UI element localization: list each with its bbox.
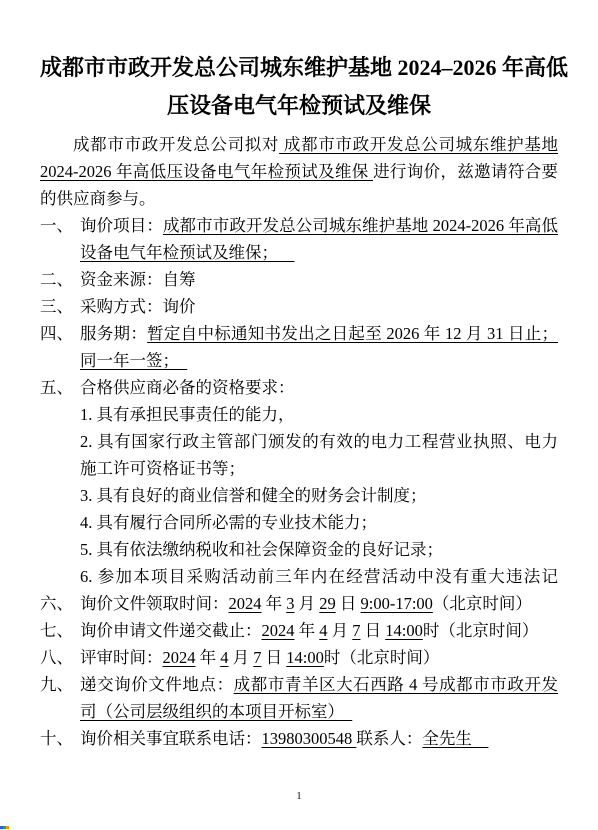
- item-review-time: 八、评审时间：2024 年 4 月 7 日 14:00时（北京时间）: [40, 644, 558, 671]
- document-body: 成都市市政开发总公司拟对 成都市市政开发总公司城东维护基地2024-2026 年…: [40, 131, 558, 752]
- underlined-text: 14:00: [286, 648, 324, 667]
- text-run: 时（北京时间）: [423, 621, 539, 640]
- item-content: 采购方式：询价: [80, 293, 558, 320]
- text-line: 同一年一签；: [80, 347, 558, 374]
- document-content: 成都市市政开发总公司城东维护基地 2024–2026 年高低 压设备电气年检预试…: [0, 0, 598, 752]
- item-funding-source: 二、资金来源：自筹: [40, 266, 558, 293]
- document-title-line-2: 压设备电气年检预试及维保: [40, 87, 558, 125]
- text-line: 询价申请文件递交截止：2024 年 4 月 7 日 14:00时（北京时间）: [80, 617, 558, 644]
- text-run: 2. 具有国家行政主管部门颁发的有效的电力工程营业执照、电力: [80, 432, 558, 451]
- text-line: 评审时间：2024 年 4 月 7 日 14:00时（北京时间）: [80, 644, 558, 671]
- underlined-text: 7: [352, 621, 360, 640]
- item-inquiry-project: 一、询价项目：成都市市政开发总公司城东维护基地 2024-2026 年高低压设备…: [40, 212, 558, 266]
- item-supplier-qualifications: 五、合格供应商必备的资格要求：: [40, 374, 558, 401]
- text-line: 询价相关事宜联系电话：13980300548 联系人：全先生: [80, 725, 558, 752]
- underlined-text: 全先生: [422, 729, 488, 748]
- underlined-text: 同一年一签；: [80, 351, 187, 370]
- text-run: 6. 参加本项目采购活动前三年内在经营活动中没有重大违法记录。: [80, 567, 558, 590]
- qualification-5: 5. 具有依法缴纳税收和社会保障资金的良好记录；: [40, 536, 558, 563]
- text-line: 5. 具有依法缴纳税收和社会保障资金的良好记录；: [80, 536, 558, 563]
- item-number-label: 十、: [40, 725, 80, 752]
- text-line: 询价项目：成都市市政开发总公司城东维护基地 2024-2026 年高低压: [80, 212, 558, 239]
- text-line: 合格供应商必备的资格要求：: [80, 374, 558, 401]
- text-line: 服务期：暂定自中标通知书发出之日起至 2026 年 12 月 31 日止；合: [80, 320, 558, 347]
- text-line: 1. 具有承担民事责任的能力，: [80, 401, 558, 428]
- text-line: 设备电气年检预试及维保；: [80, 239, 558, 266]
- text-line: 3. 具有良好的商业信誉和健全的财务会计制度；: [80, 482, 558, 509]
- document-title-line-1: 成都市市政开发总公司城东维护基地 2024–2026 年高低: [40, 49, 558, 87]
- text-run: 施工许可资格证书等；: [80, 459, 245, 478]
- item-number-label: 四、: [40, 320, 80, 374]
- item-content: 询价文件领取时间：2024 年 3 月 29 日 9:00-17:00（北京时间…: [80, 590, 558, 617]
- item-number-label: 一、: [40, 212, 80, 266]
- underlined-text: 29: [319, 594, 336, 613]
- text-run: 月: [328, 621, 353, 640]
- text-line: 采购方式：询价: [80, 293, 558, 320]
- text-line: 司（公司层级组织的本项目开标室）: [80, 698, 558, 725]
- text-run: 合格供应商必备的资格要求：: [80, 378, 295, 397]
- qualification-1: 1. 具有承担民事责任的能力，: [40, 401, 558, 428]
- text-run: 日: [336, 594, 361, 613]
- text-run: 服务期：: [80, 324, 147, 343]
- text-run: 1. 具有承担民事责任的能力，: [80, 405, 295, 424]
- item-submission-deadline: 七、询价申请文件递交截止：2024 年 4 月 7 日 14:00时（北京时间）: [40, 617, 558, 644]
- item-document-collection-time: 六、询价文件领取时间：2024 年 3 月 29 日 9:00-17:00（北京…: [40, 590, 558, 617]
- underlined-text: 14:00: [385, 621, 423, 640]
- text-run: 评审时间：: [80, 648, 163, 667]
- underlined-text: 7: [253, 648, 261, 667]
- item-content: 资金来源：自筹: [80, 266, 558, 293]
- text-run: 递交询价文件地点：: [80, 675, 234, 694]
- underlined-text: 4: [319, 621, 327, 640]
- text-line: 资金来源：自筹: [80, 266, 558, 293]
- text-line: 2024-2026 年高低压设备电气年检预试及维保 进行询价，兹邀请符合要求: [40, 158, 558, 185]
- item-number-label: 五、: [40, 374, 80, 401]
- item-content: 询价申请文件递交截止：2024 年 4 月 7 日 14:00时（北京时间）: [80, 617, 558, 644]
- text-line: 4. 具有履行合同所必需的专业技术能力；: [80, 509, 558, 536]
- item-procurement-method: 三、采购方式：询价: [40, 293, 558, 320]
- text-line: 成都市市政开发总公司拟对 成都市市政开发总公司城东维护基地: [40, 131, 558, 158]
- text-run: 4. 具有履行合同所必需的专业技术能力；: [80, 513, 377, 532]
- item-content: 递交询价文件地点：成都市青羊区大石西路 4 号成都市市政开发总公司（公司层级组织…: [80, 671, 558, 725]
- text-run: 询价文件领取时间：: [80, 594, 229, 613]
- item-content: 合格供应商必备的资格要求：: [80, 374, 558, 401]
- text-run: 时（北京时间）: [324, 648, 440, 667]
- underlined-text: 3: [286, 594, 294, 613]
- screen-artifact: [0, 826, 9, 829]
- intro-paragraph: 成都市市政开发总公司拟对 成都市市政开发总公司城东维护基地2024-2026 年…: [40, 131, 558, 212]
- underlined-text: 司（公司层级组织的本项目开标室）: [80, 702, 352, 721]
- underlined-text: 4: [220, 648, 228, 667]
- document-page: 成都市市政开发总公司城东维护基地 2024–2026 年高低 压设备电气年检预试…: [0, 0, 598, 830]
- item-number-label: 三、: [40, 293, 80, 320]
- text-run: 5. 具有依法缴纳税收和社会保障资金的良好记录；: [80, 540, 443, 559]
- underlined-text: 13980300548: [262, 729, 357, 748]
- qualification-2: 2. 具有国家行政主管部门颁发的有效的电力工程营业执照、电力施工许可资格证书等；: [40, 428, 558, 482]
- text-run: （北京时间）: [433, 594, 532, 613]
- text-run: 年: [295, 621, 320, 640]
- text-line: 询价文件领取时间：2024 年 3 月 29 日 9:00-17:00（北京时间…: [80, 590, 558, 617]
- underlined-text: 2024: [262, 621, 295, 640]
- qualification-4: 4. 具有履行合同所必需的专业技术能力；: [40, 509, 558, 536]
- text-run: 月: [229, 648, 254, 667]
- underlined-text: 2024-2026 年高低压设备电气年检预试及维保: [40, 162, 373, 181]
- text-run: 采购方式：询价: [80, 297, 196, 316]
- item-service-period: 四、服务期：暂定自中标通知书发出之日起至 2026 年 12 月 31 日止；合…: [40, 320, 558, 374]
- item-number-label: 九、: [40, 671, 80, 725]
- page-number: 1: [0, 792, 598, 802]
- item-contact-info: 十、询价相关事宜联系电话：13980300548 联系人：全先生: [40, 725, 558, 752]
- item-number-label: 八、: [40, 644, 80, 671]
- artifact-pixel: [6, 826, 9, 829]
- text-line: 的供应商参与。: [40, 185, 558, 212]
- qualification-3: 3. 具有良好的商业信誉和健全的财务会计制度；: [40, 482, 558, 509]
- item-submission-location: 九、递交询价文件地点：成都市青羊区大石西路 4 号成都市市政开发总公司（公司层级…: [40, 671, 558, 725]
- item-content: 询价相关事宜联系电话：13980300548 联系人：全先生: [80, 725, 558, 752]
- text-run: 联系人：: [356, 729, 422, 748]
- text-line: 施工许可资格证书等；: [80, 455, 558, 482]
- item-number-label: 七、: [40, 617, 80, 644]
- item-number-label: 二、: [40, 266, 80, 293]
- qualification-6: 6. 参加本项目采购活动前三年内在经营活动中没有重大违法记录。: [40, 563, 558, 590]
- text-run: 成都市市政开发总公司拟对: [73, 135, 279, 154]
- text-run: 的供应商参与。: [40, 189, 156, 208]
- document-title: 成都市市政开发总公司城东维护基地 2024–2026 年高低 压设备电气年检预试…: [40, 49, 558, 125]
- item-content: 评审时间：2024 年 4 月 7 日 14:00时（北京时间）: [80, 644, 558, 671]
- text-line: 递交询价文件地点：成都市青羊区大石西路 4 号成都市市政开发总公: [80, 671, 558, 698]
- text-run: 年: [262, 594, 287, 613]
- underlined-text: 2024: [229, 594, 262, 613]
- text-run: 资金来源：自筹: [80, 270, 196, 289]
- text-run: 询价申请文件递交截止：: [80, 621, 262, 640]
- item-number-label: 六、: [40, 590, 80, 617]
- item-content: 服务期：暂定自中标通知书发出之日起至 2026 年 12 月 31 日止；合同一…: [80, 320, 558, 374]
- underlined-text: 成都市市政开发总公司城东维护基地: [279, 135, 558, 154]
- underlined-text: 9:00-17:00: [361, 594, 433, 613]
- text-run: 日: [262, 648, 287, 667]
- text-run: 询价项目：: [80, 216, 163, 235]
- underlined-text: 设备电气年检预试及维保；: [80, 243, 295, 262]
- underlined-text: 暂定自中标通知书发出之日起至 2026 年 12 月 31 日止；合: [80, 324, 558, 347]
- text-run: 年: [196, 648, 221, 667]
- text-run: 3. 具有良好的商业信誉和健全的财务会计制度；: [80, 486, 427, 505]
- text-run: 月: [295, 594, 320, 613]
- text-run: 日: [361, 621, 386, 640]
- underlined-text: 2024: [163, 648, 196, 667]
- text-run: 询价相关事宜联系电话：: [80, 729, 262, 748]
- item-content: 询价项目：成都市市政开发总公司城东维护基地 2024-2026 年高低压设备电气…: [80, 212, 558, 266]
- text-line: 2. 具有国家行政主管部门颁发的有效的电力工程营业执照、电力: [80, 428, 558, 455]
- text-line: 6. 参加本项目采购活动前三年内在经营活动中没有重大违法记录。: [80, 563, 558, 590]
